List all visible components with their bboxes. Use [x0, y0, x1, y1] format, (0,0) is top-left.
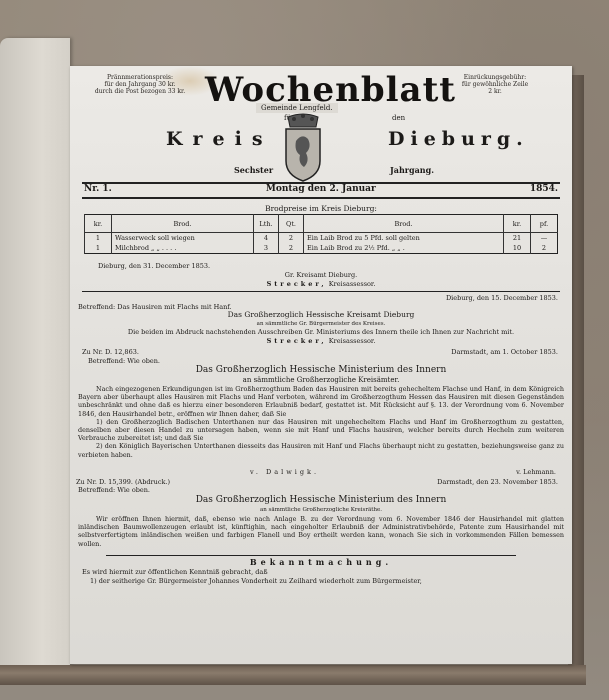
notice1-place-date: Dieburg, den 15. December 1853.	[446, 294, 558, 302]
notice2-addressee: an sämmtliche Großherzogliche Kreisämter…	[70, 376, 572, 384]
section-divider	[82, 291, 560, 292]
notice2-authority: Das Großherzoglich Hessische Ministerium…	[70, 365, 572, 375]
notice3-reference: Zu Nr. D. 15,399. (Abdruck.)	[76, 478, 170, 486]
gemeinde-label: Gemeinde Lengfeld.	[256, 103, 338, 113]
notice2-body: Nach eingezogenen Erkundigungen ist im G…	[78, 385, 564, 459]
notice1-betreffend: Betreffend: Das Hausiren mit Flachs mit …	[78, 303, 232, 311]
notice3-body: Wir eröffnen Ihnen hiermit, daß, ebenso …	[78, 515, 564, 548]
table-header-row: kr. Brod. Lth. Qt. Brod. kr. pf.	[85, 215, 558, 233]
hessian-lion-crest-icon	[278, 113, 328, 183]
den-label: den	[392, 114, 405, 122]
book-binding-bottom	[0, 665, 586, 685]
bekanntmachung-item-1: 1) der seitherige Gr. Bürgermeister Joha…	[90, 577, 422, 585]
issue-year: 1854.	[530, 184, 558, 194]
jahrgang-label: Jahrgang.	[390, 165, 434, 175]
section-divider	[106, 555, 516, 556]
bread-prices-place-date: Dieburg, den 31. December 1853.	[98, 262, 210, 270]
notice2-signature-dalwigk: v. Dalwigk.	[250, 468, 319, 476]
newspaper-page: Prännmerationspreis: für den Jahrgang 30…	[70, 66, 572, 664]
notice2-place-date: Darmstadt, am 1. October 1853.	[451, 348, 558, 356]
table-row: 1 Wasserweck soll wiegen 4 2 Ein Laib Br…	[85, 233, 558, 244]
subscription-price-note: Prännmerationspreis: für den Jahrgang 30…	[80, 74, 200, 95]
issue-dateline: Nr. 1. Montag den 2. Januar 1854.	[84, 184, 558, 194]
notice1-body: Die beiden im Abdruck nachstehenden Auss…	[70, 328, 572, 336]
notice1-authority: Das Großherzoglich Hessische Kreisamt Di…	[70, 311, 572, 319]
sechster-label: Sechster	[234, 165, 273, 175]
kreis-label: Kreis	[166, 128, 273, 150]
notice3-addressee: an sämmtliche Großherzogliche Kreisräthe…	[70, 506, 572, 514]
issue-number: Nr. 1.	[84, 184, 112, 194]
notice2-betreffend: Betreffend: Wie oben.	[88, 357, 160, 365]
bread-prices-office: Gr. Kreisamt Dieburg.	[70, 271, 572, 279]
issue-date: Montag den 2. Januar	[266, 184, 376, 194]
notice3-place-date: Darmstadt, den 23. November 1853.	[437, 478, 558, 486]
notice2-signature-lehmann: v. Lehmann.	[516, 468, 556, 476]
bread-prices-table: kr. Brod. Lth. Qt. Brod. kr. pf. 1 Wasse…	[84, 214, 558, 254]
notice2-reference: Zu Nr. D. 12,863.	[82, 348, 139, 356]
dateline-divider	[82, 197, 560, 199]
insertion-fee-note: Einrückungsgebühr: für gewöhnliche Zeile…	[430, 74, 560, 95]
table-row: 1 Milchbrod „ „ . . . . 3 2 Ein Laib Bro…	[85, 243, 558, 254]
book-back-cover	[0, 38, 70, 668]
bread-prices-signature: Strecker, Kreisassessor.	[70, 280, 572, 288]
notice1-addressee: an sämmtliche Gr. Bürgermeister des Krei…	[70, 320, 572, 328]
dieburg-label: Dieburg.	[388, 128, 529, 150]
notice1-signature: Strecker, Kreisassessor.	[70, 337, 572, 345]
notice3-betreffend: Betreffend: Wie oben.	[78, 486, 150, 494]
bekanntmachung-heading: Bekanntmachung.	[70, 558, 572, 566]
bekanntmachung-intro: Es wird hiermit zur öffentlichen Kenntni…	[82, 568, 268, 576]
notice3-authority: Das Großherzoglich Hessische Ministerium…	[70, 495, 572, 505]
bread-prices-heading: Brodpreise im Kreis Dieburg:	[70, 204, 572, 213]
